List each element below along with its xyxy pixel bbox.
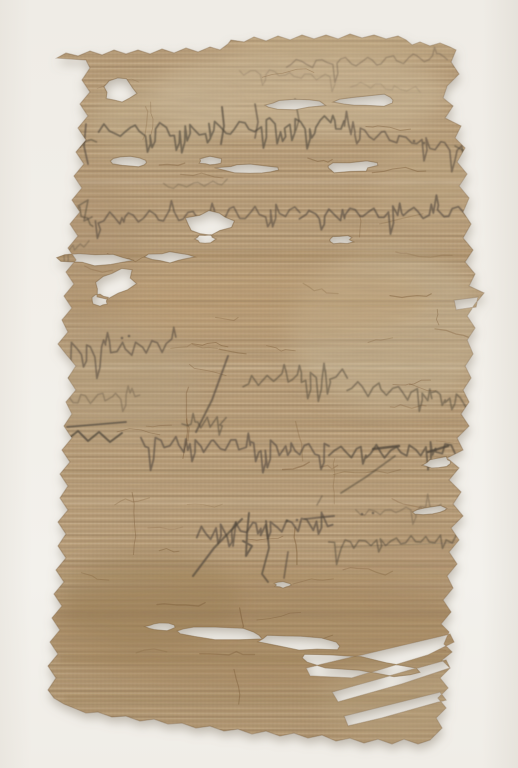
- ink-dot: [423, 142, 426, 145]
- ink-dot: [413, 140, 416, 143]
- papyrus-fragment: [0, 0, 518, 768]
- fiber-crack: [218, 629, 246, 632]
- ink-dot: [296, 519, 299, 522]
- ink-dot: [286, 520, 289, 523]
- fiber-crack: [346, 99, 366, 105]
- bottom-darkening: [40, 580, 490, 760]
- ink-dot: [372, 512, 375, 515]
- fiber-crack: [400, 648, 436, 653]
- papyrus-surface: [0, 0, 518, 768]
- ink-dot: [456, 65, 459, 68]
- ink-dot: [361, 513, 364, 516]
- hole-edge: [330, 236, 354, 244]
- papyrus-fragment-graphic: [0, 0, 518, 768]
- scanner-background: [0, 0, 518, 768]
- ink-dot: [121, 337, 124, 340]
- ink-dot: [128, 335, 131, 338]
